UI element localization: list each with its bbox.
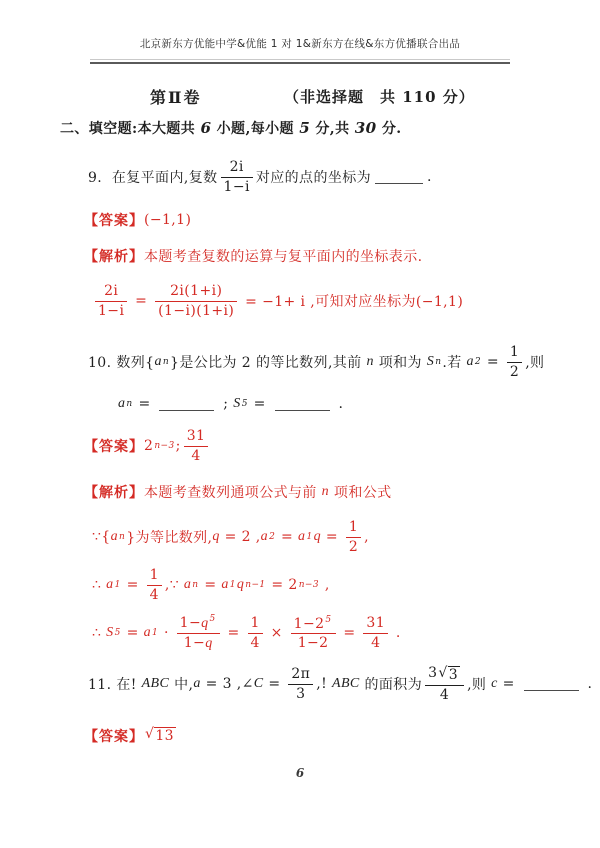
analysis-9-text: 本题考查复数的运算与复平面内的坐标表示. <box>144 246 422 266</box>
answer-9-value: (−1,1) <box>144 212 191 228</box>
analysis-10: 【解析】 本题考查数列通项公式与前 n 项和公式 <box>84 481 392 503</box>
question-9: 9. 在复平面内,复数2i1−i对应的点的坐标为. <box>88 156 432 198</box>
exam-page: 北京新东方优能中学&优能 1 对 1&新东方在线&东方优播联合出品 第Ⅱ卷 （非… <box>0 0 600 848</box>
question-11: 11. 在! ABC 中,a = 3 ,∠C = 2π3,! ABC 的面积为3… <box>88 659 592 709</box>
paper-title: 第Ⅱ卷 <box>150 85 202 108</box>
section-heading: 二、填空题:本大题共 6 小题,每小题 5 分,共 30 分. <box>60 118 402 138</box>
answer-10-value: 2n−3;314 <box>144 428 211 463</box>
solution-10-line1: ∵{an}为等比数列,q = 2 ,a2 = a1q = 12, <box>92 514 369 560</box>
answer-label: 【答案】 <box>84 436 144 456</box>
header-publisher-line: 北京新东方优能中学&优能 1 对 1&新东方在线&东方优播联合出品 <box>0 36 600 51</box>
question-10-line2: an = ; S5 = . <box>118 392 343 416</box>
answer-label: 【答案】 <box>84 210 144 230</box>
answer-9: 【答案】 (−1,1) <box>84 209 191 231</box>
header-rule <box>90 59 510 64</box>
solution-10-line3: ∴ S5 = a1 · 1−q51−q = 14 × 1−251−2 = 314… <box>92 608 401 658</box>
analysis-label: 【解析】 <box>84 246 144 266</box>
analysis-9: 【解析】 本题考查复数的运算与复平面内的坐标表示. <box>84 245 422 267</box>
question-10-line1: 10. 数列{an}是公比为 2 的等比数列,其前 n 项和为 Sn.若 a2 … <box>88 339 544 385</box>
analysis-10-text: 本题考查数列通项公式与前 n 项和公式 <box>144 482 392 502</box>
answer-11-value: √13 <box>144 727 177 744</box>
solution-10-line2: ∴ a1 = 14,∵ an = a1qn−1 = 2n−3 , <box>92 561 330 609</box>
paper-subtitle: （非选择题 共 110 分） <box>284 86 475 107</box>
answer-11: 【答案】 √13 <box>84 722 177 750</box>
analysis-label: 【解析】 <box>84 482 144 502</box>
answer-label: 【答案】 <box>84 726 144 746</box>
answer-10: 【答案】 2n−3;314 <box>84 425 211 467</box>
solution-9-formula: 2i1−i = 2i(1+i)(1−i)(1+i) = −1+ i ,可知对应坐… <box>92 279 463 323</box>
page-number: 6 <box>0 766 600 780</box>
